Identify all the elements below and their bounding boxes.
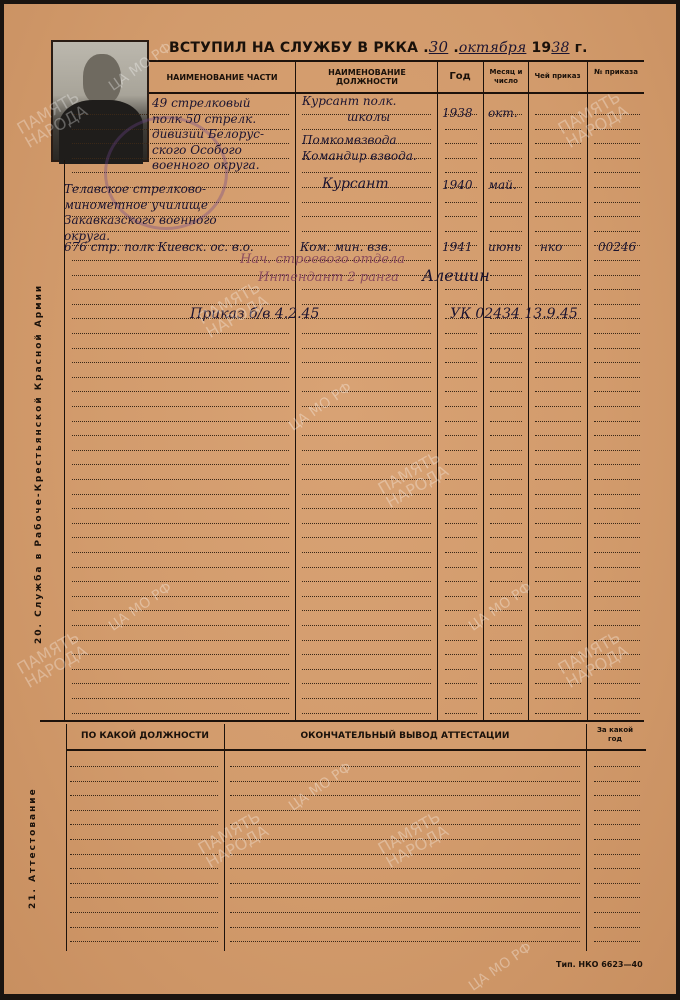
ruled-line xyxy=(445,289,477,290)
ruled-line xyxy=(72,333,289,334)
ruled-line xyxy=(594,304,640,305)
col-header-order-no: № приказа xyxy=(591,68,641,77)
ruled-line xyxy=(535,581,581,582)
ruled-line xyxy=(302,304,431,305)
row1-position-line: Командир взвода. xyxy=(302,149,417,165)
ruled-line xyxy=(594,508,640,509)
entry-year-suffix: 38 xyxy=(551,40,569,56)
section-21-label: 21. Аттестование xyxy=(28,787,38,909)
ruled-line xyxy=(72,654,289,655)
ruled-line xyxy=(445,391,477,392)
ruled-line xyxy=(594,610,640,611)
ruled-line xyxy=(302,348,431,349)
col-divider-4 xyxy=(528,62,529,721)
ruled-line xyxy=(490,289,522,290)
col-header-position: НАИМЕНОВАНИЕ ДОЛЖНОСТИ xyxy=(302,68,432,86)
ruled-line xyxy=(445,464,477,465)
section-20-label: 20. Служба в Рабоче-Крестьянской Красной… xyxy=(34,284,44,644)
col-divider-5 xyxy=(587,62,588,721)
ruled-line xyxy=(594,854,640,855)
ruled-line xyxy=(490,508,522,509)
ruled-line xyxy=(72,523,289,524)
signature: Алешин xyxy=(422,266,490,285)
ruled-line xyxy=(445,406,477,407)
ruled-line xyxy=(445,654,477,655)
ruled-line xyxy=(445,567,477,568)
ruled-line xyxy=(445,304,477,305)
ruled-line xyxy=(302,362,431,363)
ruled-line xyxy=(535,494,581,495)
ruled-line xyxy=(445,683,477,684)
print-code: Тип. НКО 6623—40 xyxy=(556,960,643,969)
stamp-title: Нач. строевого отдела xyxy=(240,252,405,267)
watermark-archive: ЦА МО РФ xyxy=(466,940,535,994)
ruled-line xyxy=(70,897,218,898)
ruled-line xyxy=(490,450,522,451)
document-page: ВСТУПИЛ НА СЛУЖБУ В РККА .30 .октября 19… xyxy=(4,4,676,994)
ruled-line xyxy=(594,391,640,392)
ruled-line xyxy=(445,523,477,524)
row1-year: 1938 xyxy=(442,106,473,120)
ruled-line xyxy=(445,435,477,436)
ruled-line xyxy=(72,362,289,363)
ruled-line xyxy=(445,596,477,597)
ruled-line xyxy=(302,581,431,582)
ruled-line xyxy=(72,713,289,714)
ruled-line xyxy=(594,839,640,840)
ruled-line xyxy=(445,537,477,538)
page-title: ВСТУПИЛ НА СЛУЖБУ В РККА .30 .октября 19… xyxy=(169,38,588,56)
watermark-archive: ЦА МО РФ xyxy=(286,760,355,815)
ruled-line xyxy=(594,698,640,699)
ruled-line xyxy=(594,275,640,276)
ruled-line xyxy=(445,479,477,480)
ruled-line xyxy=(594,625,640,626)
ruled-line xyxy=(72,669,289,670)
ruled-line xyxy=(72,479,289,480)
ruled-line xyxy=(594,927,640,928)
ruled-line xyxy=(490,172,522,173)
ruled-line xyxy=(445,216,477,217)
ruled-line xyxy=(302,610,431,611)
ruled-line xyxy=(594,781,640,782)
ruled-line xyxy=(594,333,640,334)
watermark-archive: ЦА МО РФ xyxy=(466,580,535,635)
ruled-line xyxy=(594,143,640,144)
ruled-line xyxy=(445,202,477,203)
ruled-line xyxy=(535,304,581,305)
ruled-line xyxy=(72,552,289,553)
ruled-line xyxy=(445,348,477,349)
ruled-line xyxy=(72,596,289,597)
ruled-line xyxy=(70,854,218,855)
ruled-line xyxy=(230,883,580,884)
ruled-line xyxy=(535,391,581,392)
ruled-line xyxy=(490,348,522,349)
entry-month: октября xyxy=(459,40,527,56)
col-divider-1 xyxy=(295,62,296,721)
ruled-line xyxy=(594,795,640,796)
ruled-line xyxy=(594,883,640,884)
att-col-header-year: За какой год xyxy=(594,726,636,744)
row3-order-no: 00246 xyxy=(598,240,636,254)
ruled-line xyxy=(490,216,522,217)
col-header-order-by: Чей приказ xyxy=(528,72,587,81)
ruled-line xyxy=(302,231,431,232)
ruled-line xyxy=(490,421,522,422)
row2-unit-line: Телавское стрелково- xyxy=(64,182,217,198)
row1-unit-line: 49 стрелковый xyxy=(152,96,264,112)
ruled-line xyxy=(594,377,640,378)
row1-unit-line: ского Особого xyxy=(152,143,264,159)
ruled-line xyxy=(535,202,581,203)
ruled-line xyxy=(230,927,580,928)
ruled-line xyxy=(490,640,522,641)
ruled-line xyxy=(490,129,522,130)
ruled-line xyxy=(445,610,477,611)
ruled-line xyxy=(535,172,581,173)
ruled-line xyxy=(72,275,289,276)
ruled-line xyxy=(594,435,640,436)
ruled-line xyxy=(594,941,640,942)
ruled-line xyxy=(302,508,431,509)
ruled-line xyxy=(490,333,522,334)
ruled-line xyxy=(535,537,581,538)
ruled-line xyxy=(535,567,581,568)
ruled-line xyxy=(72,406,289,407)
row1-unit-line: полк 50 стрелк. xyxy=(152,112,264,128)
ruled-line xyxy=(72,640,289,641)
ruled-line xyxy=(535,275,581,276)
ruled-line xyxy=(594,596,640,597)
ruled-line xyxy=(594,318,640,319)
ruled-line xyxy=(490,304,522,305)
ruled-line xyxy=(594,523,640,524)
ruled-line xyxy=(594,421,640,422)
ruled-line xyxy=(490,435,522,436)
ruled-line xyxy=(490,494,522,495)
ruled-line xyxy=(445,552,477,553)
ruled-line xyxy=(302,435,431,436)
ruled-line xyxy=(445,158,477,159)
ruled-line xyxy=(302,172,431,173)
ruled-line xyxy=(594,202,640,203)
ruled-line xyxy=(594,464,640,465)
ruled-line xyxy=(302,333,431,334)
ruled-line xyxy=(70,883,218,884)
ruled-line xyxy=(302,391,431,392)
ruled-line xyxy=(72,683,289,684)
watermark-archive: ЦА МО РФ xyxy=(286,380,355,435)
title-text: ВСТУПИЛ НА СЛУЖБУ В РККА xyxy=(169,40,418,56)
ruled-line xyxy=(72,625,289,626)
ruled-line xyxy=(230,810,580,811)
ruled-line xyxy=(302,640,431,641)
ruled-line xyxy=(490,362,522,363)
ruled-line xyxy=(490,683,522,684)
table-top-border xyxy=(149,60,644,62)
ruled-line xyxy=(535,158,581,159)
ruled-line xyxy=(70,868,218,869)
ruled-line xyxy=(302,202,431,203)
watermark-archive: ЦА МО РФ xyxy=(106,580,175,635)
row1-position: Курсант полк. школы Помкомвзвода Команди… xyxy=(302,94,417,164)
ruled-line xyxy=(535,450,581,451)
row1-month: окт. xyxy=(488,106,518,120)
ruled-line xyxy=(594,581,640,582)
ruled-line xyxy=(594,824,640,825)
watermark-project: ПАМЯТЬНАРОДА xyxy=(376,449,451,511)
ruled-line xyxy=(302,683,431,684)
year-unit: г. xyxy=(575,40,588,56)
ruled-line xyxy=(490,231,522,232)
ruled-line xyxy=(535,596,581,597)
ruled-line xyxy=(594,231,640,232)
ruled-line xyxy=(535,231,581,232)
ruled-line xyxy=(70,927,218,928)
ruled-line xyxy=(445,450,477,451)
row2-unit-line: минометное училище xyxy=(64,198,217,214)
ruled-line xyxy=(490,669,522,670)
ruled-line xyxy=(490,377,522,378)
ruled-line xyxy=(594,567,640,568)
col-divider-2 xyxy=(437,62,438,721)
ruled-line xyxy=(535,187,581,188)
ruled-line xyxy=(535,216,581,217)
ruled-line xyxy=(535,640,581,641)
ruled-line xyxy=(445,129,477,130)
ruled-line xyxy=(490,158,522,159)
ruled-line xyxy=(490,275,522,276)
ruled-line xyxy=(302,654,431,655)
ruled-line xyxy=(594,868,640,869)
ruled-line xyxy=(490,202,522,203)
ruled-line xyxy=(302,625,431,626)
ruled-line xyxy=(445,260,477,261)
ruled-line xyxy=(594,713,640,714)
ruled-line xyxy=(594,683,640,684)
row1-unit: 49 стрелковый полк 50 стрелк. дивизии Бе… xyxy=(152,96,264,174)
ruled-line xyxy=(72,421,289,422)
ruled-line xyxy=(230,897,580,898)
ruled-line xyxy=(70,912,218,913)
ruled-line xyxy=(445,333,477,334)
ruled-line xyxy=(70,766,218,767)
ruled-line xyxy=(535,421,581,422)
section-separator xyxy=(40,720,644,722)
ruled-line xyxy=(70,810,218,811)
ruled-line xyxy=(445,713,477,714)
ruled-line xyxy=(445,172,477,173)
ruled-line xyxy=(535,435,581,436)
ruled-line xyxy=(72,391,289,392)
entry-year-prefix: 19 xyxy=(531,40,551,56)
row2-unit: Телавское стрелково- минометное училище … xyxy=(64,182,217,244)
ruled-line xyxy=(72,435,289,436)
ruled-line xyxy=(535,377,581,378)
ruled-line xyxy=(445,640,477,641)
row1-unit-line: военного округа. xyxy=(152,158,264,174)
ruled-line xyxy=(535,289,581,290)
watermark-project: ПАМЯТЬНАРОДА xyxy=(556,89,631,151)
ruled-line xyxy=(72,567,289,568)
ruled-line xyxy=(302,537,431,538)
ruled-line xyxy=(72,377,289,378)
ruled-line xyxy=(230,766,580,767)
ruled-line xyxy=(302,523,431,524)
ruled-line xyxy=(445,508,477,509)
col-header-year: Год xyxy=(437,72,483,81)
ruled-line xyxy=(594,810,640,811)
ruled-line xyxy=(490,406,522,407)
ruled-line xyxy=(72,610,289,611)
col-header-unit: НАИМЕНОВАНИЕ ЧАСТИ xyxy=(149,73,295,82)
ruled-line xyxy=(535,610,581,611)
watermark-project: ПАМЯТЬНАРОДА xyxy=(196,809,271,871)
ruled-line xyxy=(445,698,477,699)
ruled-line xyxy=(302,596,431,597)
ruled-line xyxy=(302,421,431,422)
watermark-project: ПАМЯТЬНАРОДА xyxy=(15,629,90,691)
ruled-line xyxy=(490,567,522,568)
ruled-line xyxy=(490,260,522,261)
ruled-line xyxy=(72,698,289,699)
ruled-line xyxy=(594,552,640,553)
ruled-line xyxy=(594,479,640,480)
ruled-line xyxy=(535,464,581,465)
watermark-project: ПАМЯТЬНАРОДА xyxy=(376,809,451,871)
att-header-bottom xyxy=(66,749,646,751)
ruled-line xyxy=(535,260,581,261)
ruled-line xyxy=(490,625,522,626)
row2-year: 1940 xyxy=(442,178,473,192)
ruled-line xyxy=(72,450,289,451)
ruled-line xyxy=(490,698,522,699)
ruled-line xyxy=(72,508,289,509)
ruled-line xyxy=(490,464,522,465)
ruled-line xyxy=(490,479,522,480)
ruled-line xyxy=(72,348,289,349)
ruled-line xyxy=(445,669,477,670)
ruled-line xyxy=(535,348,581,349)
ruled-line xyxy=(594,348,640,349)
ruled-line xyxy=(594,158,640,159)
row2-unit-line: Закавказского военного xyxy=(64,213,217,229)
ruled-line xyxy=(302,289,431,290)
ruled-line xyxy=(535,523,581,524)
ruled-line xyxy=(594,260,640,261)
ruled-line xyxy=(490,552,522,553)
ruled-line xyxy=(445,494,477,495)
att-col-header-conclusion: ОКОНЧАТЕЛЬНЫЙ ВЫВОД АТТЕСТАЦИИ xyxy=(224,732,586,741)
ruled-line xyxy=(302,216,431,217)
row1-position-line: школы xyxy=(302,110,417,126)
att-col-header-position: ПО КАКОЙ ДОЛЖНОСТИ xyxy=(66,732,224,741)
ruled-line xyxy=(535,625,581,626)
ruled-line xyxy=(535,362,581,363)
ruled-line xyxy=(490,713,522,714)
ruled-line xyxy=(490,654,522,655)
ruled-line xyxy=(70,795,218,796)
ruled-line xyxy=(594,216,640,217)
ruled-line xyxy=(445,581,477,582)
ruled-line xyxy=(490,391,522,392)
ruled-line xyxy=(490,581,522,582)
ruled-line xyxy=(594,406,640,407)
ruled-line xyxy=(594,450,640,451)
ruled-line xyxy=(72,581,289,582)
ruled-line xyxy=(594,897,640,898)
ruled-line xyxy=(302,552,431,553)
ruled-line xyxy=(70,824,218,825)
ruled-line xyxy=(302,669,431,670)
note-order-right: УК 02434 13.9.45 xyxy=(450,306,578,322)
row2-position: Курсант xyxy=(322,176,389,192)
ruled-line xyxy=(490,537,522,538)
ruled-line xyxy=(594,289,640,290)
ruled-line xyxy=(445,421,477,422)
ruled-line xyxy=(594,362,640,363)
ruled-line xyxy=(490,143,522,144)
ruled-line xyxy=(490,523,522,524)
ruled-line xyxy=(594,766,640,767)
ruled-line xyxy=(445,231,477,232)
row3-unit: 676 стр. полк Киевск. ос. в.о. xyxy=(64,240,254,254)
ruled-line xyxy=(594,172,640,173)
ruled-line xyxy=(70,781,218,782)
ruled-line xyxy=(70,941,218,942)
row3-order-by: нко xyxy=(540,240,562,254)
ruled-line xyxy=(230,795,580,796)
ruled-line xyxy=(230,781,580,782)
ruled-line xyxy=(230,868,580,869)
ruled-line xyxy=(445,143,477,144)
ruled-line xyxy=(72,464,289,465)
att-col-divider-2 xyxy=(586,724,587,951)
ruled-line xyxy=(535,698,581,699)
ruled-line xyxy=(302,698,431,699)
att-left-border xyxy=(66,724,67,951)
row1-position-line: Помкомвзвода xyxy=(302,133,417,149)
ruled-line xyxy=(302,450,431,451)
ruled-line xyxy=(594,494,640,495)
ruled-line xyxy=(445,377,477,378)
ruled-line xyxy=(302,377,431,378)
ruled-line xyxy=(302,318,431,319)
ruled-line xyxy=(302,713,431,714)
col-header-month: Месяц и число xyxy=(487,68,525,86)
ruled-line xyxy=(594,912,640,913)
row2-month: май. xyxy=(488,178,517,192)
stamp-rank: Интендант 2 ранга xyxy=(258,270,399,285)
row3-month: июнь xyxy=(488,240,521,254)
row3-year: 1941 xyxy=(442,240,473,254)
ruled-line xyxy=(535,552,581,553)
ruled-line xyxy=(535,508,581,509)
ruled-line xyxy=(302,567,431,568)
ruled-line xyxy=(72,494,289,495)
entry-day: 30 xyxy=(429,38,449,56)
ruled-line xyxy=(230,912,580,913)
watermark-project: ПАМЯТЬНАРОДА xyxy=(556,629,631,691)
row1-position-line: Курсант полк. xyxy=(302,94,417,110)
ruled-line xyxy=(594,187,640,188)
ruled-line xyxy=(72,537,289,538)
ruled-line xyxy=(535,479,581,480)
ruled-line xyxy=(535,333,581,334)
ruled-line xyxy=(535,406,581,407)
ruled-line xyxy=(535,713,581,714)
